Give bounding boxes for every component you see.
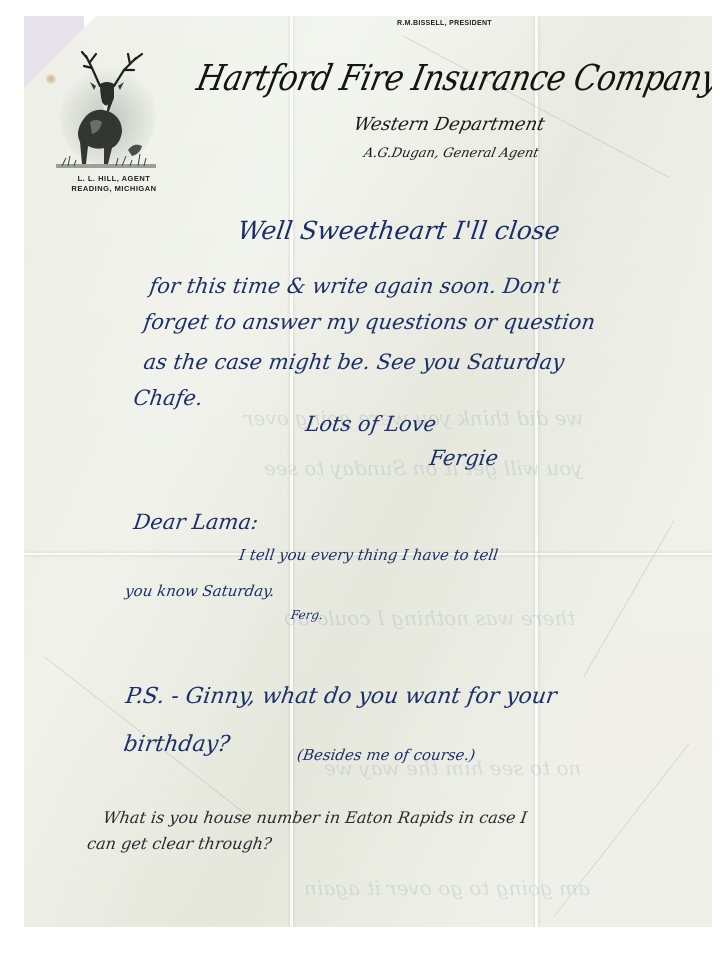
footer-note-line: can get clear through? <box>86 834 273 853</box>
bleed-through-text: there was nothing I could do <box>284 606 575 630</box>
postscript-aside: (Besides me of course.) <box>296 746 476 764</box>
footer-note-line: What is you house number in Eaton Rapids… <box>102 808 528 827</box>
company-name: Hartford Fire Insurance Company <box>193 58 702 99</box>
note-line: I tell you every thing I have to tell <box>238 546 499 564</box>
bleed-through-text: am going to go over it again <box>304 876 590 900</box>
president-name: R.M.BISSELL, PRESIDENT <box>397 20 492 27</box>
local-agent-block: L. L. HILL, AGENT READING, MICHIGAN <box>54 174 174 194</box>
letter-paper: we did think you were going over you wil… <box>24 16 712 927</box>
bleed-through-text: you will get it on Sunday to see <box>264 456 583 480</box>
note-salutation: Dear Lama: <box>132 510 260 534</box>
crease-line <box>584 520 675 676</box>
paper-stain <box>46 74 56 84</box>
agent-name: L. L. HILL, AGENT <box>54 174 174 184</box>
letter-line: Chafe. <box>132 386 204 410</box>
general-agent-name: A.G.Dugan, General Agent <box>362 146 540 161</box>
letter-line: as the case might be. See you Saturday <box>142 350 566 374</box>
postscript-line: birthday? <box>122 732 232 757</box>
letter-line: for this time & write again soon. Don't <box>148 274 562 298</box>
letter-line: forget to answer my questions or questio… <box>142 310 597 334</box>
stag-engraving-icon <box>56 46 156 176</box>
letter-line: Well Sweetheart I'll close <box>236 216 562 245</box>
letter-closing: Lots of Love <box>304 412 438 436</box>
note-line: you know Saturday. <box>124 582 276 600</box>
letter-signature: Fergie <box>428 446 500 470</box>
department-name: Western Department <box>352 114 547 135</box>
agent-location: READING, MICHIGAN <box>54 184 174 194</box>
note-signature: Ferg. <box>290 608 324 622</box>
postscript-line: P.S. - Ginny, what do you want for your <box>124 684 558 709</box>
